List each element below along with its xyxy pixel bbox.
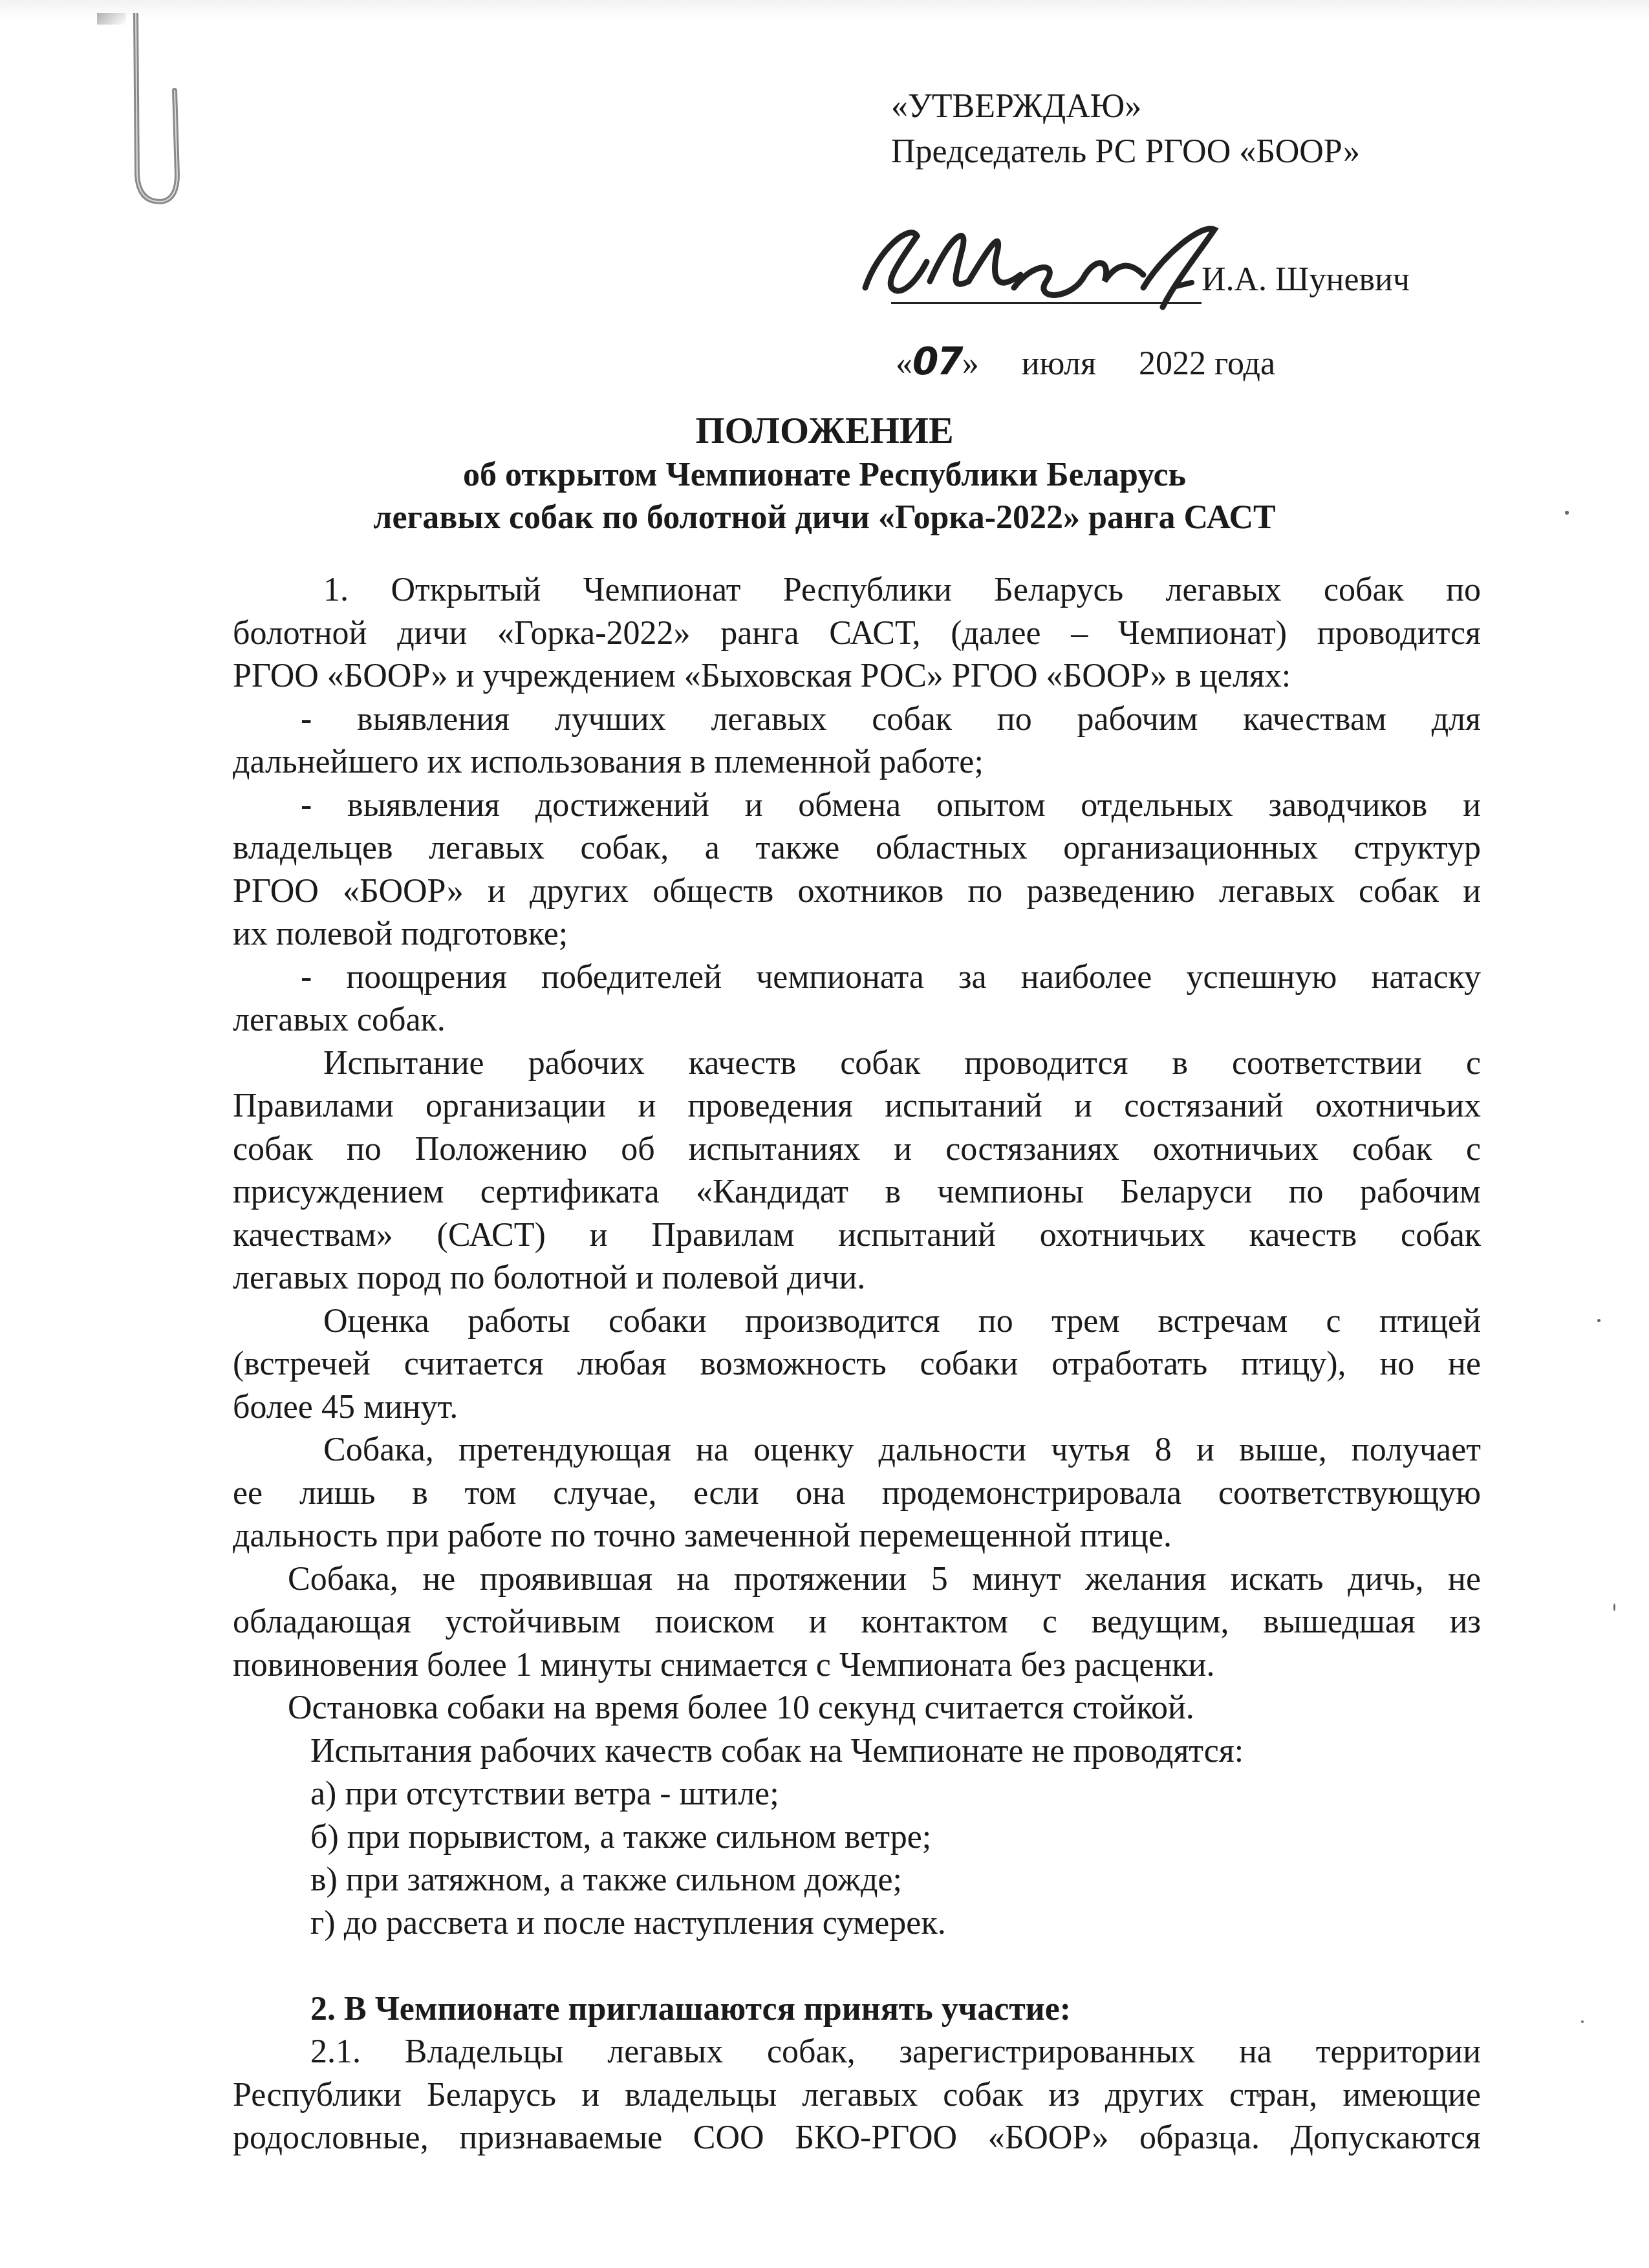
list-item-line: легавых собак. (233, 999, 1481, 1042)
paragraph-line: легавых пород по болотной и полевой дичи… (233, 1257, 1481, 1300)
document-title: ПОЛОЖЕНИЕ об открытом Чемпионате Республ… (0, 407, 1649, 539)
scan-top-shade (0, 0, 1649, 19)
paragraph-line: 1. Открытый Чемпионат Республики Беларус… (233, 569, 1481, 612)
list-item-line: РГОО «БООР» и других обществ охотников п… (233, 870, 1481, 914)
signature-row: И.А. Шуневич (891, 255, 1473, 314)
paragraph-line: (встречей считается любая возможность со… (233, 1343, 1481, 1386)
condition-item-c: в) при затяжном, а также сильном дожде; (233, 1859, 1481, 1902)
paragraph-line: родословные, признаваемые СОО БКО-РГОО «… (233, 2117, 1481, 2160)
paragraph-line: 2.1. Владельцы легавых собак, зарегистри… (233, 2031, 1481, 2074)
paragraph-line: Республики Беларусь и владельцы легавых … (233, 2074, 1481, 2117)
paragraph-line: Испытание рабочих качеств собак проводит… (233, 1042, 1481, 1086)
date-close-quote: » (962, 345, 979, 382)
paragraph-line: ее лишь в том случае, если она продемонс… (233, 1472, 1481, 1515)
document-page: «УТВЕРЖДАЮ» Председатель РС РГОО «БООР» … (0, 0, 1649, 2268)
approval-date: «07» июля 2022 года (896, 339, 1275, 383)
paragraph-line: собак по Положению об испытаниях и состя… (233, 1128, 1481, 1171)
date-day-handwritten: 07 (912, 339, 962, 383)
document-body: 1. Открытый Чемпионат Республики Беларус… (233, 569, 1481, 2160)
section-2-heading: 2. В Чемпионате приглашаются принять уча… (233, 1988, 1481, 2031)
paragraph-line: обладающая устойчивым поиском и контакто… (233, 1601, 1481, 1644)
title-line-2: легавых собак по болотной дичи «Горка-20… (0, 497, 1649, 539)
paragraph-line: болотной дичи «Горка-2022» ранга САСТ, (… (233, 612, 1481, 656)
paragraph-line: повиновения более 1 минуты снимается с Ч… (233, 1644, 1481, 1687)
paragraph-line: Оценка работы собаки производится по тре… (233, 1300, 1481, 1343)
scan-corner-shade (97, 13, 126, 25)
list-item-line: - выявления достижений и обмена опытом о… (233, 784, 1481, 828)
paragraph-line: дальность при работе по точно замеченной… (233, 1515, 1481, 1558)
approval-block: «УТВЕРЖДАЮ» Председатель РС РГОО «БООР» (891, 84, 1360, 175)
paragraph-line: качествам» (САСТ) и Правилам испытаний о… (233, 1214, 1481, 1257)
scan-speck (1597, 1319, 1600, 1322)
date-open-quote: « (896, 345, 912, 382)
list-item-line: владельцев легавых собак, а также област… (233, 827, 1481, 870)
list-item-line: дальнейшего их использования в племенной… (233, 741, 1481, 784)
spacer (233, 1945, 1481, 1988)
paragraph-line: Испытания рабочих качеств собак на Чемпи… (233, 1730, 1481, 1773)
paragraph-line: РГОО «БООР» и учреждением «Быховская РОС… (233, 655, 1481, 698)
date-year: 2022 года (1139, 345, 1275, 382)
list-item-line: - поощрения победителей чемпионата за на… (233, 956, 1481, 1000)
condition-item-b: б) при порывистом, а также сильном ветре… (233, 1816, 1481, 1859)
handwritten-signature (839, 210, 1240, 317)
paragraph-line: Правилами организации и проведения испыт… (233, 1085, 1481, 1128)
approver-position: Председатель РС РГОО «БООР» (891, 129, 1360, 175)
scan-speck (1256, 2093, 1261, 2097)
paragraph-line: Остановка собаки на время более 10 секун… (233, 1687, 1481, 1730)
paragraph-line: присуждением сертификата «Кандидат в чем… (233, 1171, 1481, 1214)
scan-speck (1613, 1603, 1615, 1611)
signature-line (891, 302, 1202, 304)
date-month: июля (1022, 345, 1096, 382)
paragraph-line: Собака, претендующая на оценку дальности… (233, 1429, 1481, 1472)
condition-item-d: г) до рассвета и после наступления сумер… (233, 1902, 1481, 1945)
title-line-1: об открытом Чемпионате Республики Белару… (0, 454, 1649, 497)
signer-name: И.А. Шуневич (1202, 261, 1410, 299)
paragraph-line: более 45 минут. (233, 1386, 1481, 1429)
title-main: ПОЛОЖЕНИЕ (0, 407, 1649, 454)
condition-item-a: а) при отсутствии ветра - штиле; (233, 1773, 1481, 1816)
list-item-line: их полевой подготовке; (233, 913, 1481, 956)
list-item-line: - выявления лучших легавых собак по рабо… (233, 698, 1481, 742)
paragraph-line: Собака, не проявившая на протяжении 5 ми… (233, 1558, 1481, 1601)
approval-stamp: «УТВЕРЖДАЮ» (891, 84, 1360, 129)
scan-speck (1581, 2020, 1584, 2023)
scan-speck (1565, 511, 1569, 515)
paperclip-icon (123, 13, 181, 210)
